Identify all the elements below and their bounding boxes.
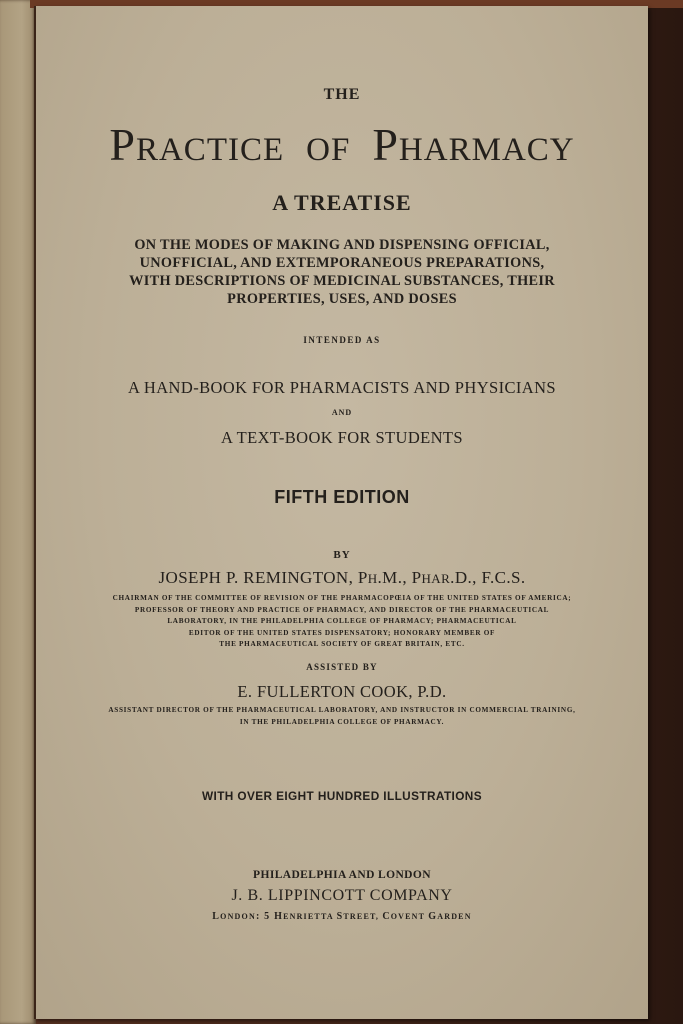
- pre-title: THE: [36, 86, 648, 104]
- assisted-by-label: ASSISTED BY: [36, 662, 648, 672]
- purpose-textbook: A TEXT-BOOK FOR STUDENTS: [36, 428, 648, 448]
- description: ON THE MODES OF MAKING AND DISPENSING OF…: [36, 236, 648, 308]
- intended-as: INTENDED AS: [36, 335, 648, 345]
- by-label: BY: [36, 549, 648, 561]
- description-line: ON THE MODES OF MAKING AND DISPENSING OF…: [36, 236, 648, 254]
- purpose-handbook: A HAND-BOOK FOR PHARMACISTS AND PHYSICIA…: [36, 378, 648, 398]
- author-name: JOSEPH P. REMINGTON, PH.M., PHAR.D., F.C…: [36, 568, 648, 588]
- credential-line: CHAIRMAN OF THE COMMITTEE OF REVISION OF…: [36, 593, 648, 605]
- credential-line: LABORATORY, IN THE PHILADELPHIA COLLEGE …: [36, 616, 648, 628]
- coauthor-name: E. FULLERTON COOK, P.D.: [36, 682, 648, 702]
- coauthor-credentials: ASSISTANT DIRECTOR OF THE PHARMACEUTICAL…: [36, 705, 648, 728]
- purpose-and: AND: [36, 408, 648, 417]
- description-line: WITH DESCRIPTIONS OF MEDICINAL SUBSTANCE…: [36, 272, 648, 290]
- publisher-cities: PHILADELPHIA AND LONDON: [36, 869, 648, 881]
- credential-line: THE PHARMACEUTICAL SOCIETY OF GREAT BRIT…: [36, 639, 648, 651]
- illustrations-note: WITH OVER EIGHT HUNDRED ILLUSTRATIONS: [36, 789, 648, 803]
- facing-page-edge: [0, 0, 36, 1024]
- publisher-name: J. B. LIPPINCOTT COMPANY: [36, 887, 648, 905]
- title-page: THE PRACTICE OF PHARMACY A TREATISE ON T…: [34, 6, 648, 1019]
- description-line: UNOFFICIAL, AND EXTEMPORANEOUS PREPARATI…: [36, 254, 648, 272]
- publisher-address: LONDON: 5 HENRIETTA STREET, COVENT GARDE…: [36, 911, 648, 922]
- subtitle: A TREATISE: [36, 190, 648, 216]
- book-title: PRACTICE OF PHARMACY: [36, 118, 648, 171]
- credential-line: PROFESSOR OF THEORY AND PRACTICE OF PHAR…: [36, 605, 648, 617]
- credential-line: IN THE PHILADELPHIA COLLEGE OF PHARMACY.: [36, 717, 648, 729]
- credential-line: ASSISTANT DIRECTOR OF THE PHARMACEUTICAL…: [36, 705, 648, 717]
- credential-line: EDITOR OF THE UNITED STATES DISPENSATORY…: [36, 628, 648, 640]
- author-credentials: CHAIRMAN OF THE COMMITTEE OF REVISION OF…: [36, 593, 648, 651]
- description-line: PROPERTIES, USES, AND DOSES: [36, 290, 648, 308]
- edition: FIFTH EDITION: [36, 487, 648, 508]
